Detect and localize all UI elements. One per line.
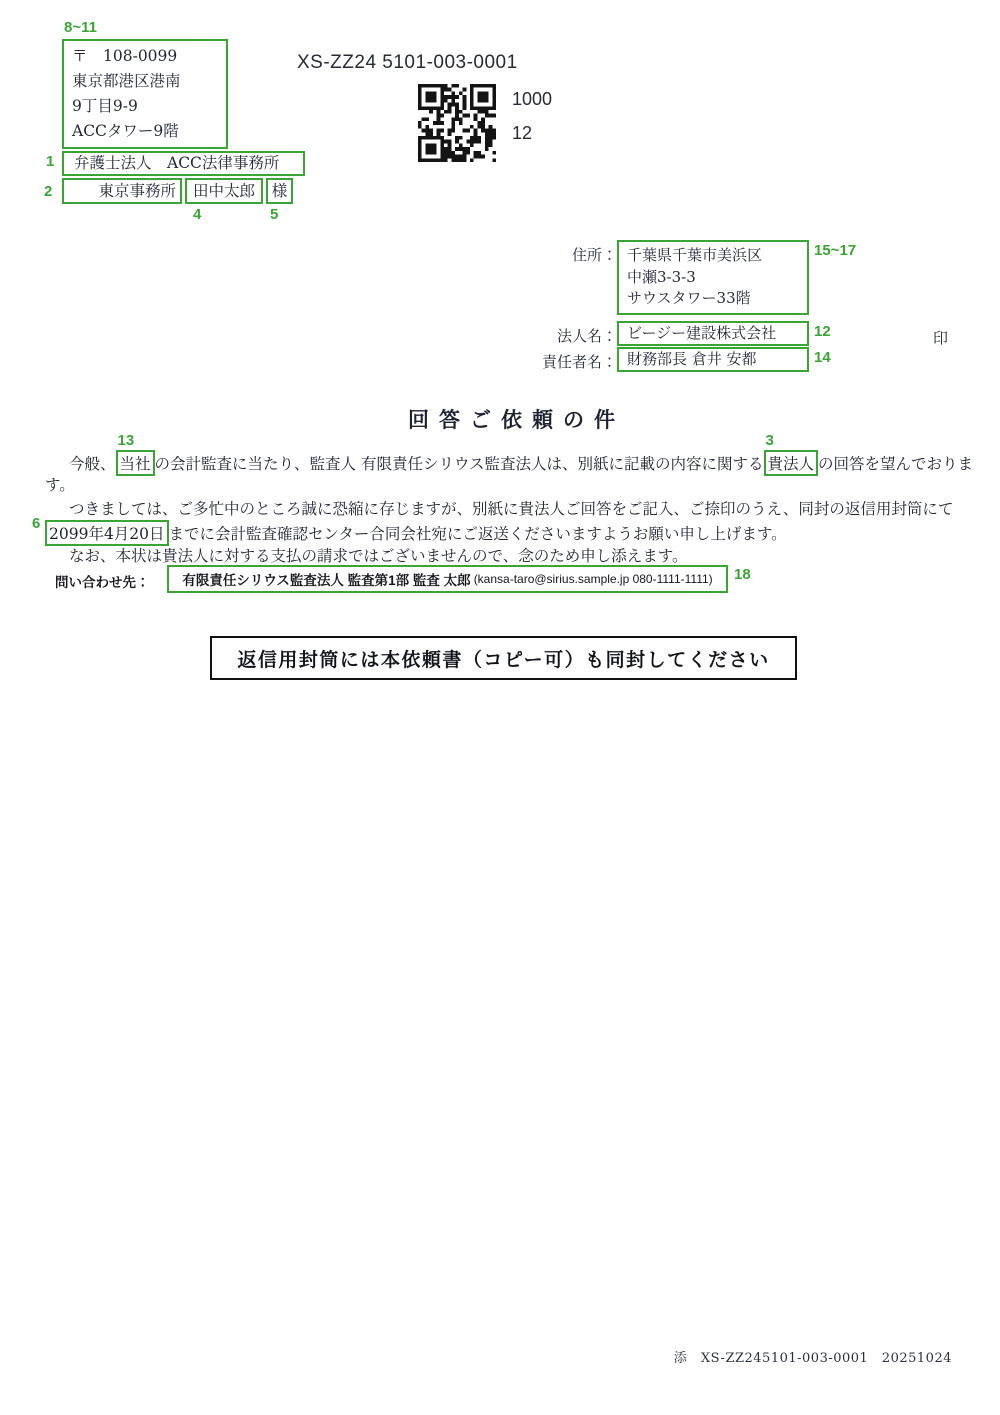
qr-code-icon [418, 84, 496, 162]
sender-address-box: 千葉県千葉市美浜区 中瀬3-3-3 サウスタワー33階 [617, 240, 809, 315]
sender-address-line3: サウスタワー33階 [627, 288, 799, 310]
due-date-highlight-box: 62099年4月20日 [45, 520, 169, 546]
annotation-number-18: 18 [734, 567, 751, 582]
annotation-number-12: 12 [814, 324, 831, 339]
body-p1-pre: 今般、 [69, 455, 116, 473]
annotation-number-1: 1 [46, 154, 54, 169]
body-paragraph-2-line-2: 62099年4月20日までに会計監査確認センター合同会社宛にご返送くださいますよ… [45, 520, 787, 546]
document-page: { "annotations": { "recipient_address": … [0, 0, 1000, 1415]
body-paragraph-1-line-1: 今般、13当社の会計監査に当たり、監査人 有限責任シリウス監査法人は、別紙に記載… [45, 450, 973, 476]
body-paragraph-3: なお、本状は貴法人に対する支払の請求ではございませんので、念のため申し添えます。 [45, 544, 687, 566]
recipient-postal-code: 〒 108-0099 [72, 44, 218, 69]
annotation-number-14: 14 [814, 350, 831, 365]
annotation-number-2: 2 [44, 184, 52, 199]
contact-main-text: 有限責任シリウス監査法人 監査第1部 監査 太郎 [182, 569, 470, 589]
recipient-address-line2: 9丁目9-9 [72, 94, 218, 119]
annotation-number-8-11: 8~11 [64, 20, 97, 35]
sender-address-line1: 千葉県千葉市美浜区 [627, 245, 799, 267]
annotation-number-4: 4 [193, 207, 201, 222]
recipient-company-box: 弁護士法人 ACC法律事務所 [62, 151, 305, 176]
sender-company-box: ビージー建設株式会社 [617, 321, 809, 346]
our-company-highlight-box: 13当社 [116, 450, 155, 476]
body-p1-post: の回答を望んでおりま [818, 455, 973, 473]
annotation-number-15-17: 15~17 [814, 243, 856, 258]
sender-officer-label: 責任者名： [497, 351, 617, 372]
qr-side-value-bottom: 12 [512, 123, 532, 144]
body-p2-rest: までに会計監査確認センター合同会社宛にご返送くださいますようお願い申し上げます。 [169, 525, 787, 543]
your-company-highlight-box: 3貴法人 [764, 450, 819, 476]
sender-officer-box: 財務部長 倉井 安都 [617, 347, 809, 372]
enclosure-notice-banner: 返信用封筒には本依頼書（コピー可）も同封してください [210, 636, 797, 680]
due-date-text: 2099年4月20日 [49, 525, 165, 543]
footer-reference: 添 XS-ZZ245101-003-0001 20251024 [560, 1347, 952, 1366]
annotation-number-3: 3 [766, 433, 774, 448]
our-company-text: 当社 [120, 455, 151, 473]
recipient-honorific-box: 様 [266, 178, 293, 204]
your-company-text: 貴法人 [768, 455, 815, 473]
contact-box: 有限責任シリウス監査法人 監査第1部 監査 太郎 (kansa-taro@sir… [167, 565, 728, 593]
seal-mark: 印 [933, 327, 948, 348]
sender-address-line2: 中瀬3-3-3 [627, 267, 799, 289]
recipient-office-box: 東京事務所 [62, 178, 182, 204]
page-title: 回答ご依頼の件 [33, 404, 1000, 434]
annotation-number-13: 13 [118, 433, 135, 448]
recipient-person-box: 田中太郎 [185, 178, 263, 204]
qr-side-value-top: 1000 [512, 89, 552, 110]
contact-label: 問い合わせ先： [55, 571, 150, 591]
contact-detail-text: (kansa-taro@sirius.sample.jp 080-1111-11… [474, 572, 713, 586]
annotation-number-5: 5 [270, 207, 278, 222]
body-paragraph-1-line-2: す。 [45, 473, 75, 495]
recipient-address-box: 〒 108-0099 東京都港区港南 9丁目9-9 ACCタワー9階 [62, 39, 228, 149]
document-number: XS-ZZ24 5101-003-0001 [297, 52, 518, 74]
recipient-address-line3: ACCタワー9階 [72, 119, 218, 144]
sender-address-label: 住所： [497, 244, 617, 265]
recipient-address-line1: 東京都港区港南 [72, 69, 218, 94]
body-p1-mid: の会計監査に当たり、監査人 有限責任シリウス監査法人は、別紙に記載の内容に関する [155, 455, 764, 473]
body-paragraph-2-line-1: つきましては、ご多忙中のところ誠に恐縮に存じますが、別紙に貴法人ご回答をご記入、… [45, 497, 953, 519]
sender-company-label: 法人名： [497, 325, 617, 346]
annotation-number-6: 6 [32, 516, 40, 531]
